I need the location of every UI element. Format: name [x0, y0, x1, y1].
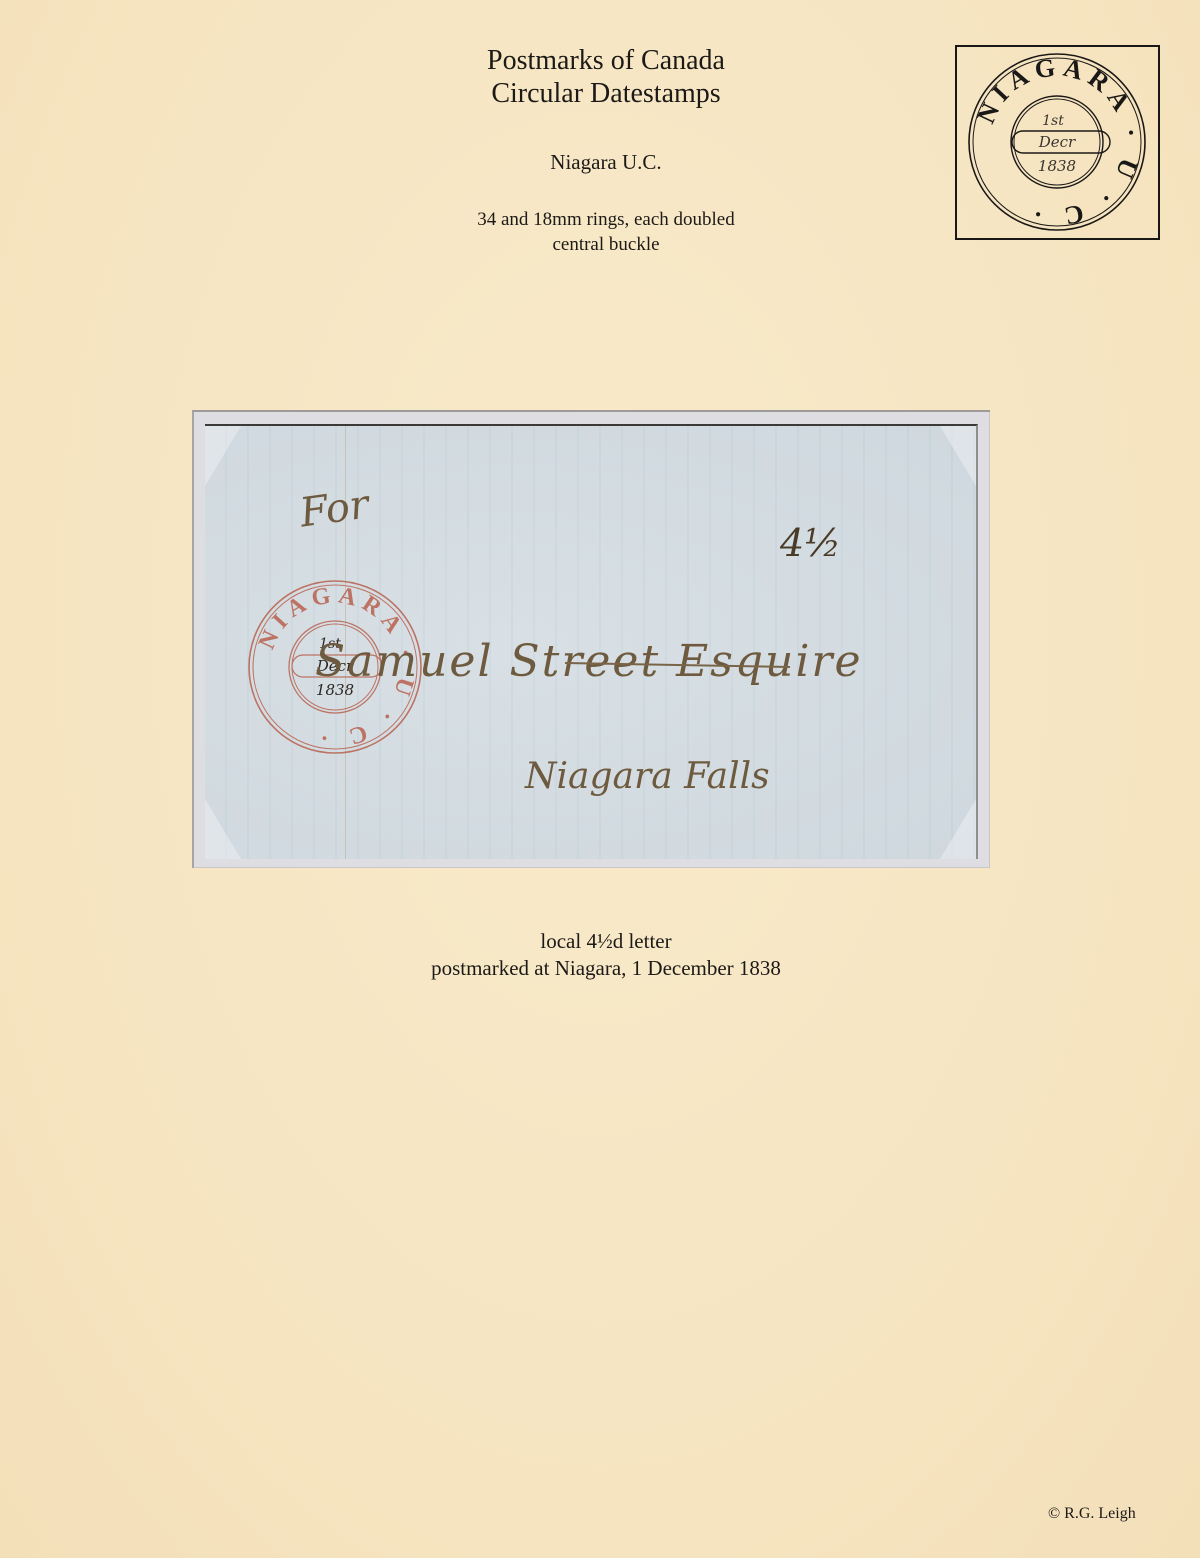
caption-line-1: local 4½d letter: [356, 928, 856, 955]
title-line-2: Circular Datestamps: [356, 77, 856, 110]
page-subtitle: Niagara U.C.: [356, 150, 856, 175]
cover-mount: For 4½ NIAGARA · U · C · 1st Decr 1838 S…: [192, 410, 990, 868]
cover-caption: local 4½d letter postmarked at Niagara, …: [356, 928, 856, 982]
photo-corner: [205, 799, 241, 859]
postmark-tracing-illustration: NIAGARA · U · C · 1st Decr 1838: [955, 45, 1160, 240]
caption-line-2: postmarked at Niagara, 1 December 1838: [356, 955, 856, 982]
manuscript-prefix: For: [297, 481, 372, 536]
copyright-notice: © R.G. Leigh: [1048, 1505, 1136, 1523]
svg-text:Decr: Decr: [1038, 133, 1076, 151]
page-title: Postmarks of Canada Circular Datestamps: [356, 44, 856, 110]
postmark-description: 34 and 18mm rings, each doubled central …: [356, 207, 856, 257]
cover-letter-image: For 4½ NIAGARA · U · C · 1st Decr 1838 S…: [205, 424, 978, 859]
photo-corner: [205, 426, 241, 486]
svg-text:1838: 1838: [1038, 157, 1076, 175]
postmark-tracing-icon: NIAGARA · U · C · 1st Decr 1838: [957, 47, 1158, 238]
description-line-1: 34 and 18mm rings, each doubled: [356, 207, 856, 232]
manuscript-destination: Niagara Falls: [525, 756, 770, 797]
photo-corner: [940, 799, 976, 859]
title-line-1: Postmarks of Canada: [356, 44, 856, 77]
manuscript-rate: 4½: [780, 521, 841, 565]
description-line-2: central buckle: [356, 232, 856, 257]
svg-text:1st: 1st: [1042, 113, 1064, 129]
photo-corner: [940, 426, 976, 486]
